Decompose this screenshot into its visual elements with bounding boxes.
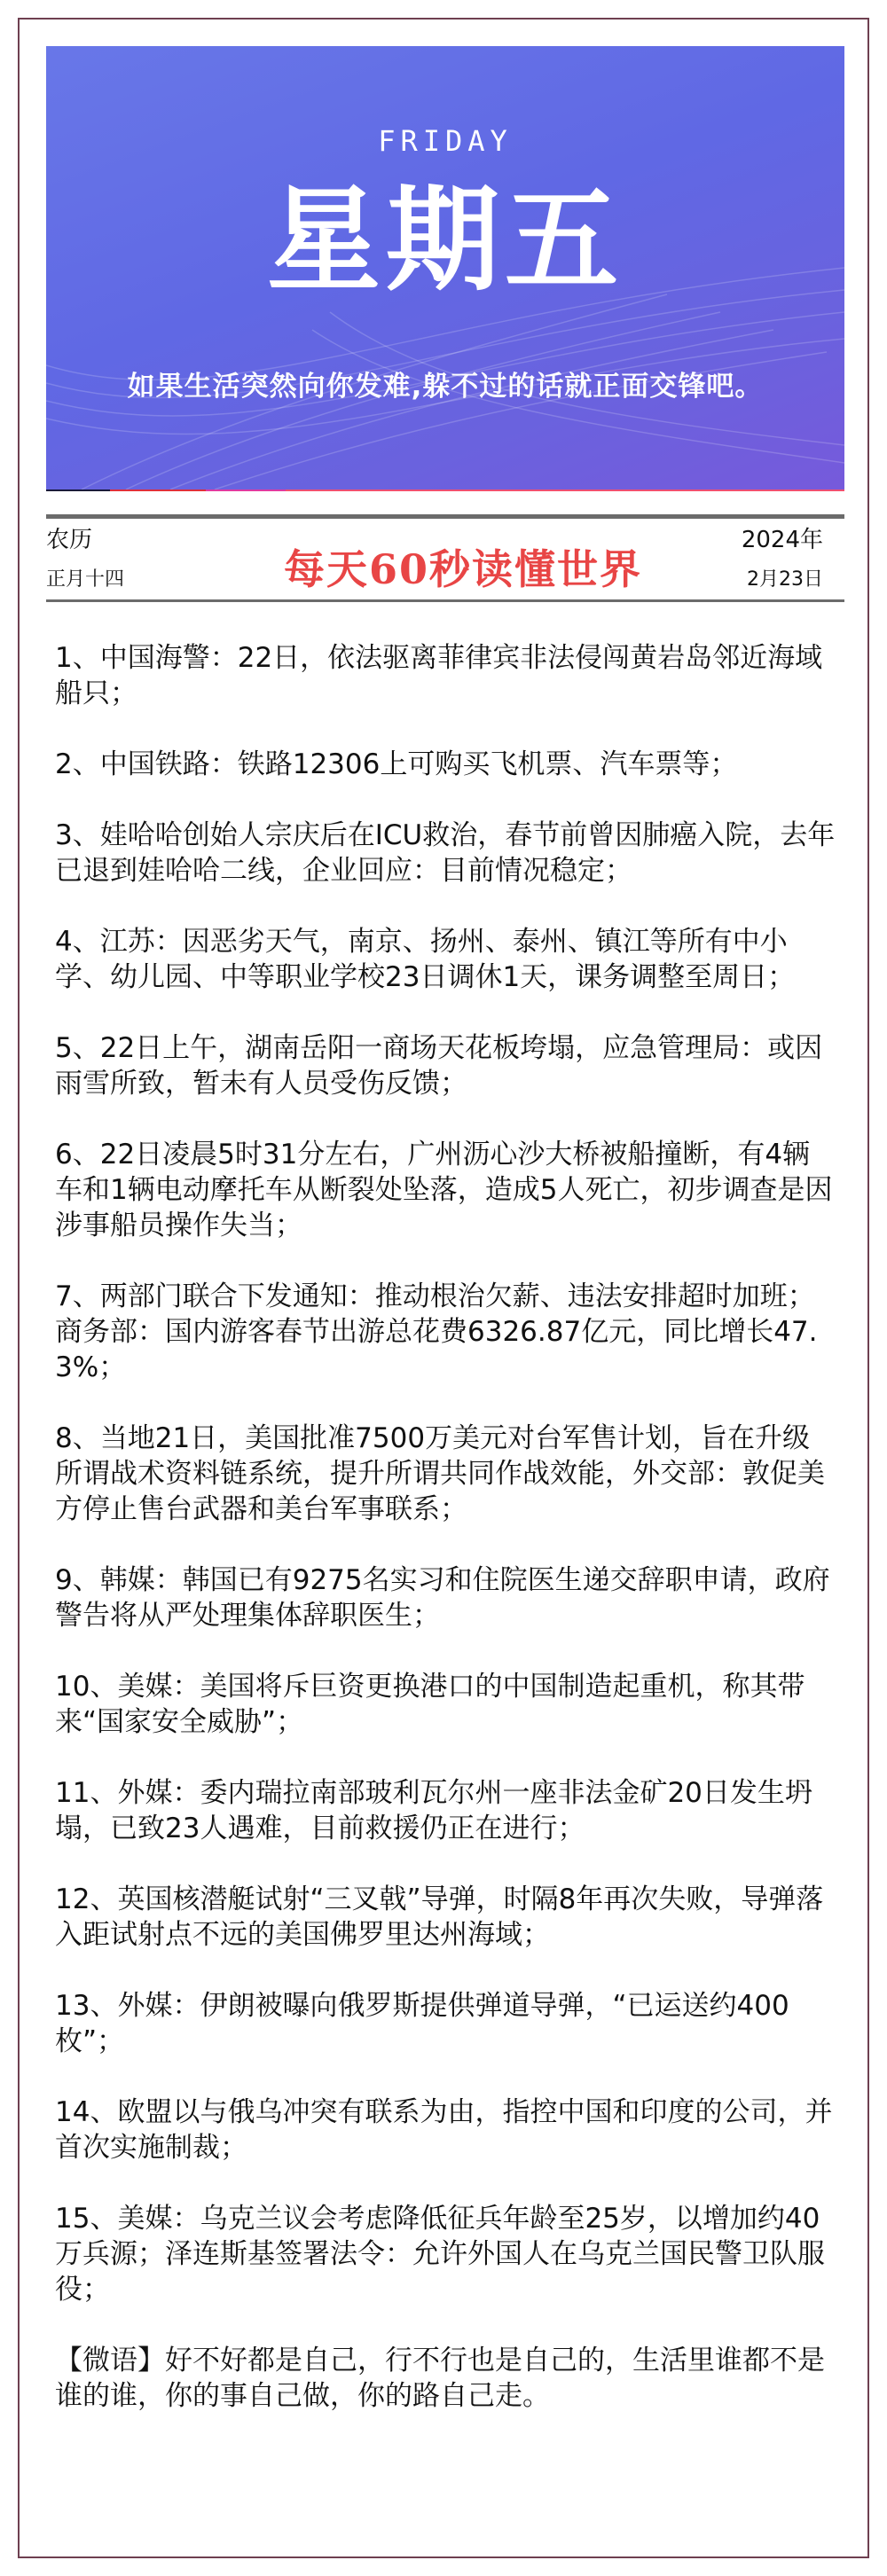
news-item: 14、欧盟以与俄乌冲突有联系为由，指控中国和印度的公司，并首次实施制裁； (55, 2094, 836, 2165)
news-item: 4、江苏：因恶劣天气，南京、扬州、泰州、镇江等所有中小学、幼儿园、中等职业学校2… (55, 924, 836, 995)
news-item: 10、美媒：美国将斥巨资更换港口的中国制造起重机，称其带来“国家安全威胁”； (55, 1669, 836, 1740)
daily-quote: 【微语】好不好都是自己，行不行也是自己的，生活里谁都不是谁的谁，你的事自己做，你… (55, 2343, 836, 2414)
news-item: 8、当地21日，美国批准7500万美元对台军售计划，旨在升级所谓战术资料链系统，… (55, 1421, 836, 1527)
year-label: 2024年 (742, 521, 823, 554)
page-frame: FRIDAY 星期五 如果生活突然向你发难,躲不过的话就正面交锋吧。 农历 正月… (18, 18, 869, 2558)
news-item: 2、中国铁路：铁路12306上可购买飞机票、汽车票等； (55, 747, 836, 782)
news-item: 5、22日上午，湖南岳阳一商场天花板垮塌，应急管理局：或因雨雪所致，暂未有人员受… (55, 1030, 836, 1101)
header-top-rule (46, 514, 844, 519)
banner-slogan: 如果生活突然向你发难,躲不过的话就正面交锋吧。 (46, 364, 844, 403)
weekday-banner: FRIDAY 星期五 如果生活突然向你发难,躲不过的话就正面交锋吧。 (46, 46, 844, 489)
news-item: 15、美媒：乌克兰议会考虑降低征兵年龄至25岁，以增加约40万兵源；泽连斯基签署… (55, 2201, 836, 2307)
news-item: 12、英国核潜艇试射“三叉戟”导弹，时隔8年再次失败，导弹落入距试射点不远的美国… (55, 1882, 836, 1953)
news-item: 13、外媒：伊朗被曝向俄罗斯提供弹道导弹，“已运送约400枚”； (55, 1988, 836, 2059)
header-bottom-rule (46, 599, 844, 602)
lunar-date: 正月十四 (46, 564, 124, 591)
banner-color-stripe (46, 489, 844, 491)
news-item: 6、22日凌晨5时31分左右，广州沥心沙大桥被船撞断，有4辆车和1辆电动摩托车从… (55, 1137, 836, 1243)
news-item: 3、娃哈哈创始人宗庆后在ICU救治，春节前曾因肺癌入院，去年已退到娃哈哈二线，企… (55, 818, 836, 889)
news-item: 7、两部门联合下发通知：推动根治欠薪、违法安排超时加班；商务部：国内游客春节出游… (55, 1279, 836, 1385)
news-item: 1、中国海警：22日，依法驱离菲律宾非法侵闯黄岩岛邻近海域船只； (55, 640, 836, 711)
weekday-chinese: 星期五 (46, 170, 844, 312)
news-item: 9、韩媒：韩国已有9275名实习和住院医生递交辞职申请，政府警告将从严处理集体辞… (55, 1562, 836, 1633)
masthead-title: 每天60秒读懂世界 (232, 537, 694, 596)
weekday-english: FRIDAY (46, 124, 844, 158)
news-list: 1、中国海警：22日，依法驱离菲律宾非法侵闯黄岩岛邻近海域船只； 2、中国铁路：… (55, 640, 836, 2449)
lunar-label: 农历 (46, 521, 92, 554)
news-item: 11、外媒：委内瑞拉南部玻利瓦尔州一座非法金矿20日发生坍塌，已致23人遇难，目… (55, 1775, 836, 1846)
month-day-label: 2月23日 (747, 564, 823, 591)
